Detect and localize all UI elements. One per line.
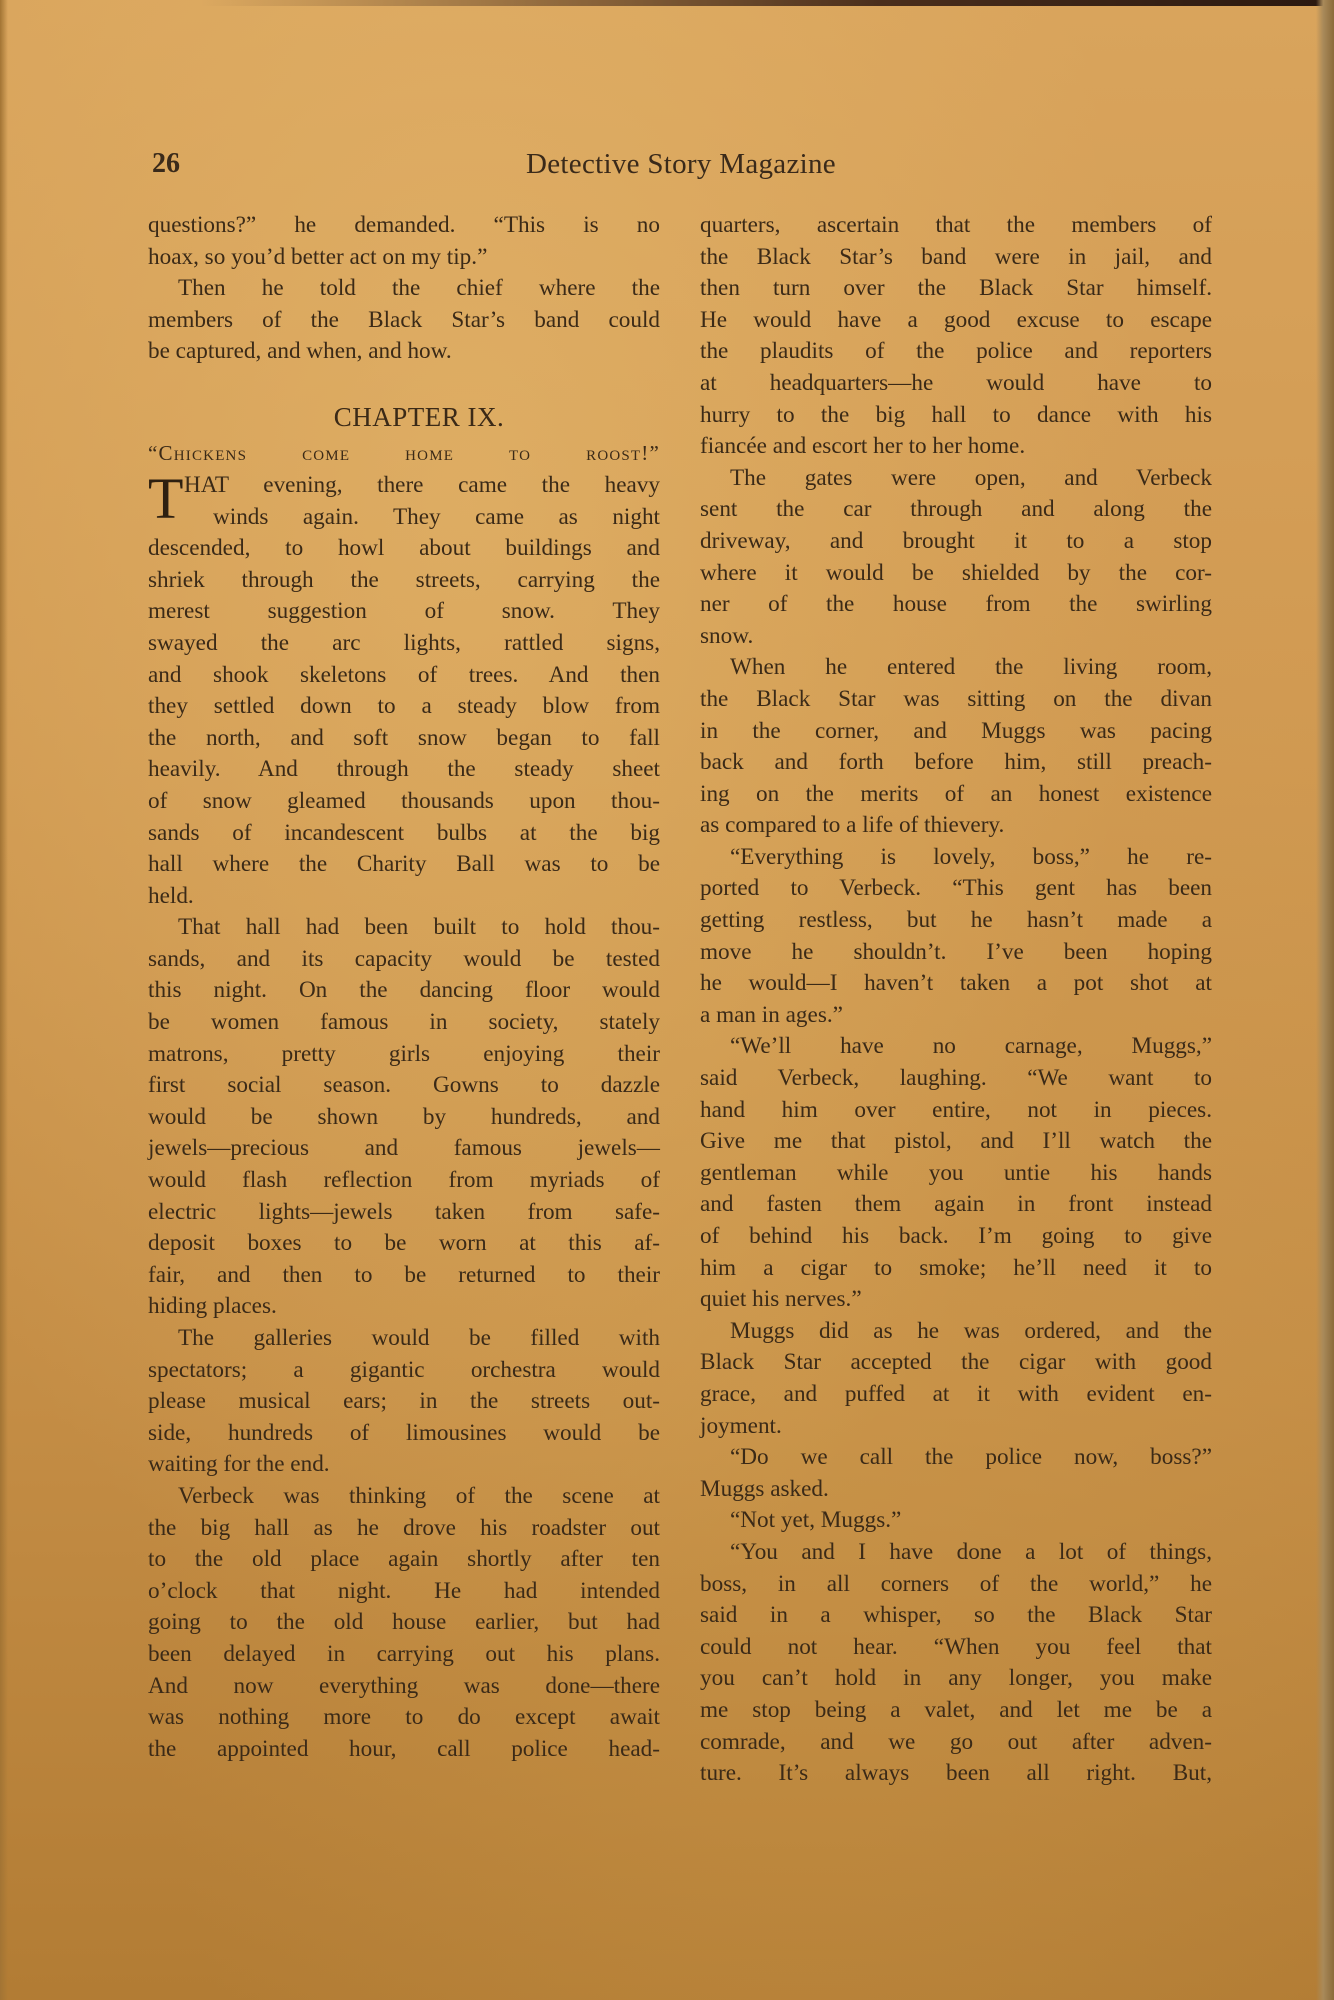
text-line: When he entered the living room, [700, 652, 1212, 684]
text-line: sands, and its capacity would be tested [148, 944, 660, 976]
text-line: move he shouldn’t. I’ve been hoping [700, 937, 1212, 969]
text-line: they settled down to a steady blow from [148, 691, 660, 723]
text-line: of snow gleamed thousands upon thou- [148, 786, 660, 818]
text-line: he would—I haven’t taken a pot shot at [700, 968, 1212, 1000]
text-line: hoax, so you’d better act on my tip.” [148, 242, 660, 274]
text-line: comrade, and we go out after adven- [700, 1727, 1212, 1759]
text-line: fiancée and escort her to her home. [700, 431, 1212, 463]
page-right-edge [1316, 0, 1334, 2000]
text-line: gentleman while you untie his hands [700, 1158, 1212, 1190]
chapter-opening: T HAT evening, there came the heavy wind… [148, 470, 660, 533]
text-line: please musical ears; in the streets out- [148, 1386, 660, 1418]
chapter-subtitle: “Chickens come home to roost!” [148, 436, 660, 470]
text-line: members of the Black Star’s band could [148, 305, 660, 337]
text-line: “Everything is lovely, boss,” he re- [700, 842, 1212, 874]
text-line: where it would be shielded by the cor- [700, 558, 1212, 590]
text-line: jewels—precious and famous jewels— [148, 1133, 660, 1165]
text-line: ported to Verbeck. “This gent has been [700, 873, 1212, 905]
text-line: back and forth before him, still preach- [700, 747, 1212, 779]
text-line: ing on the merits of an honest existence [700, 779, 1212, 811]
text-line: grace, and puffed at it with evident en- [700, 1379, 1212, 1411]
text-line: the big hall as he drove his roadster ou… [148, 1513, 660, 1545]
drop-cap: T [148, 470, 183, 528]
text-line: sands of incandescent bulbs at the big [148, 818, 660, 850]
text-line: The galleries would be filled with [148, 1323, 660, 1355]
text-line: “Not yet, Muggs.” [700, 1505, 1212, 1537]
text-line: as compared to a life of thievery. [700, 810, 1212, 842]
text-line: boss, in all corners of the world,” he [700, 1569, 1212, 1601]
text-line: going to the old house earlier, but had [148, 1607, 660, 1639]
left-column: questions?” he demanded. “This is nohoax… [148, 210, 660, 1765]
right-column-body: quarters, ascertain that the members oft… [700, 210, 1212, 1790]
text-line: matrons, pretty girls enjoying their [148, 1039, 660, 1071]
text-line: me stop being a valet, and let me be a [700, 1695, 1212, 1727]
text-line: at headquarters—he would have to [700, 368, 1212, 400]
text-line: merest suggestion of snow. They [148, 596, 660, 628]
running-title: Detective Story Magazine [152, 148, 1210, 181]
text-line: Give me that pistol, and I’ll watch the [700, 1126, 1212, 1158]
text-line: “Do we call the police now, boss?” [700, 1442, 1212, 1474]
text-line: then turn over the Black Star himself. [700, 273, 1212, 305]
text-line: be captured, and when, and how. [148, 336, 660, 368]
text-line: be women famous in society, stately [148, 1007, 660, 1039]
text-line: the appointed hour, call police head- [148, 1734, 660, 1766]
text-line: quarters, ascertain that the members of [700, 210, 1212, 242]
text-line: joyment. [700, 1411, 1212, 1443]
text-line: deposit boxes to be worn at this af- [148, 1228, 660, 1260]
text-line: and shook skeletons of trees. And then [148, 660, 660, 692]
text-line: been delayed in carrying out his plans. [148, 1639, 660, 1671]
text-line: questions?” he demanded. “This is no [148, 210, 660, 242]
text-line: shriek through the streets, carrying the [148, 565, 660, 597]
text-line: Black Star accepted the cigar with good [700, 1347, 1212, 1379]
text-line: spectators; a gigantic orchestra would [148, 1355, 660, 1387]
text-line: “We’ll have no carnage, Muggs,” [700, 1031, 1212, 1063]
text-line: you can’t hold in any longer, you make [700, 1663, 1212, 1695]
text-line: And now everything was done—there [148, 1671, 660, 1703]
chapter-title: CHAPTER IX. [148, 398, 660, 436]
text-line: hand him over entire, not in pieces. [700, 1095, 1212, 1127]
page-top-edge [200, 0, 1334, 6]
text-line: the Black Star’s band were in jail, and [700, 242, 1212, 274]
text-line: Muggs asked. [700, 1474, 1212, 1506]
text-line: sent the car through and along the [700, 494, 1212, 526]
text-line: quiet his nerves.” [700, 1284, 1212, 1316]
text-line: swayed the arc lights, rattled signs, [148, 628, 660, 660]
text-line: would flash reflection from myriads of [148, 1165, 660, 1197]
text-line: could not hear. “When you feel that [700, 1632, 1212, 1664]
magazine-page: 26 Detective Story Magazine questions?” … [0, 0, 1334, 2000]
text-line: HAT evening, there came the heavy [148, 470, 660, 502]
text-line: Then he told the chief where the [148, 273, 660, 305]
text-line: heavily. And through the steady sheet [148, 754, 660, 786]
text-line: “You and I have done a lot of things, [700, 1537, 1212, 1569]
page-left-edge [0, 0, 8, 2000]
text-line: driveway, and brought it to a stop [700, 526, 1212, 558]
text-line: would be shown by hundreds, and [148, 1102, 660, 1134]
text-line: o’clock that night. He had intended [148, 1576, 660, 1608]
page-header: 26 Detective Story Magazine [152, 148, 1210, 188]
text-line: the Black Star was sitting on the divan [700, 684, 1212, 716]
text-line: ture. It’s always been all right. But, [700, 1758, 1212, 1790]
text-line: him a cigar to smoke; he’ll need it to [700, 1253, 1212, 1285]
text-line: hiding places. [148, 1291, 660, 1323]
text-line: first social season. Gowns to dazzle [148, 1070, 660, 1102]
text-line: this night. On the dancing floor would [148, 975, 660, 1007]
text-line: ner of the house from the swirling [700, 589, 1212, 621]
text-line: side, hundreds of limousines would be [148, 1418, 660, 1450]
text-line: said in a whisper, so the Black Star [700, 1600, 1212, 1632]
text-line: was nothing more to do except await [148, 1702, 660, 1734]
text-line: the north, and soft snow began to fall [148, 723, 660, 755]
text-line: in the corner, and Muggs was pacing [700, 716, 1212, 748]
left-column-body: descended, to howl about buildings andsh… [148, 533, 660, 1765]
text-line: descended, to howl about buildings and [148, 533, 660, 565]
text-line: electric lights—jewels taken from safe- [148, 1197, 660, 1229]
text-line: a man in ages.” [700, 1000, 1212, 1032]
text-line: That hall had been built to hold thou- [148, 912, 660, 944]
text-line: fair, and then to be returned to their [148, 1260, 660, 1292]
text-line: He would have a good excuse to escape [700, 305, 1212, 337]
text-line: waiting for the end. [148, 1449, 660, 1481]
text-line: hall where the Charity Ball was to be [148, 849, 660, 881]
text-line: of behind his back. I’m going to give [700, 1221, 1212, 1253]
text-line: said Verbeck, laughing. “We want to [700, 1063, 1212, 1095]
text-line: getting restless, but he hasn’t made a [700, 905, 1212, 937]
text-line: Muggs did as he was ordered, and the [700, 1316, 1212, 1348]
right-column: quarters, ascertain that the members oft… [700, 210, 1212, 1790]
text-line: the plaudits of the police and reporters [700, 336, 1212, 368]
text-line: to the old place again shortly after ten [148, 1544, 660, 1576]
text-line: The gates were open, and Verbeck [700, 463, 1212, 495]
left-column-opening-paragraphs: questions?” he demanded. “This is nohoax… [148, 210, 660, 368]
text-line: held. [148, 881, 660, 913]
text-line: snow. [700, 621, 1212, 653]
text-line: and fasten them again in front instead [700, 1189, 1212, 1221]
text-line: winds again. They came as night [148, 502, 660, 534]
text-line: Verbeck was thinking of the scene at [148, 1481, 660, 1513]
text-line: hurry to the big hall to dance with his [700, 400, 1212, 432]
